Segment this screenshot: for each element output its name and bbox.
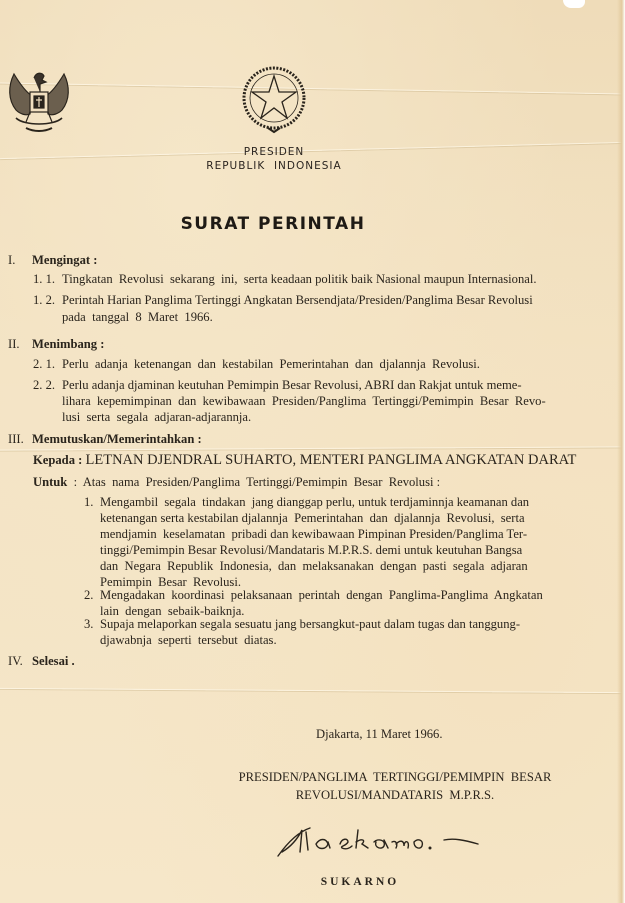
section-number: III. — [8, 431, 24, 448]
order-text: dan Negara Republik Indonesia, dan melak… — [100, 558, 528, 575]
place-date: Djakarta, 11 Maret 1966. — [316, 726, 442, 743]
item-text: lihara kepemimpinan dan kewibawaan Presi… — [62, 393, 546, 410]
item-text: lusi serta segala adjaran-adjarannja. — [62, 409, 251, 426]
section-label: Menimbang : — [32, 336, 104, 353]
untuk-label: Untuk — [33, 475, 67, 489]
section-number: II. — [8, 336, 20, 353]
paper-edge — [617, 0, 625, 903]
untuk-value: : Atas nama Presiden/Panglima Tertinggi/… — [74, 475, 441, 489]
item-text: pada tanggal 8 Maret 1966. — [62, 309, 213, 326]
signer-name: SUKARNO — [300, 876, 420, 888]
item-text: Perlu adanja djaminan keutuhan Pemimpin … — [62, 377, 522, 394]
signer-title-line-1: PRESIDEN/PANGLIMA TERTINGGI/PEMIMPIN BES… — [200, 769, 590, 786]
order-text: Mengambil segala tindakan jang dianggap … — [100, 494, 529, 511]
section-number: I. — [8, 252, 15, 269]
document-page: PRESIDEN REPUBLIK INDONESIA SURAT PERINT… — [0, 0, 625, 903]
order-text: tinggi/Pemimpin Besar Revolusi/Mandatari… — [100, 542, 522, 559]
section-label: Memutuskan/Memerintahkan : — [32, 431, 202, 448]
presidential-star-seal-icon — [240, 64, 308, 136]
letterhead: PRESIDEN REPUBLIK INDONESIA — [200, 145, 348, 173]
order-text: mendjamin keselamatan pribadi dan kewiba… — [100, 526, 527, 543]
item-text: Perlu adanja ketenangan dan kestabilan P… — [62, 356, 480, 373]
section-number: IV. — [8, 653, 23, 670]
letterhead-line-2: REPUBLIK INDONESIA — [200, 159, 348, 173]
item-text: Perintah Harian Panglima Tertinggi Angka… — [62, 292, 533, 309]
section-label: Mengingat : — [32, 252, 97, 269]
order-number: 1. — [84, 494, 93, 511]
kepada-value: LETNAN DJENDRAL SUHARTO, MENTERI PANGLIM… — [86, 452, 577, 468]
handwritten-signature-icon — [268, 822, 528, 862]
untuk-line: Untuk : Atas nama Presiden/Panglima Tert… — [33, 474, 440, 491]
order-text: Mengadakan koordinasi pelaksanaan perint… — [100, 587, 543, 604]
item-text: Tingkatan Revolusi sekarang ini, serta k… — [62, 271, 537, 288]
letterhead-line-1: PRESIDEN — [200, 145, 348, 159]
kepada-label: Kepada : — [33, 453, 82, 467]
order-text: djawabnja seperti tersebut diatas. — [100, 632, 277, 649]
order-number: 3. — [84, 616, 93, 633]
document-title: SURAT PERINTAH — [0, 214, 546, 234]
kepada-line: Kepada : LETNAN DJENDRAL SUHARTO, MENTER… — [33, 452, 576, 469]
paper-tear — [563, 0, 585, 8]
order-number: 2. — [84, 587, 93, 604]
paper-crease — [0, 83, 625, 95]
signer-title-line-2: REVOLUSI/MANDATARIS M.P.R.S. — [200, 787, 590, 804]
paper-crease — [0, 688, 625, 693]
order-text: ketenangan serta kestabilan djalannja Pe… — [100, 510, 525, 527]
garuda-pancasila-icon — [6, 66, 72, 136]
item-number: 1. 2. — [33, 292, 55, 309]
item-number: 2. 2. — [33, 377, 55, 394]
item-number: 2. 1. — [33, 356, 55, 373]
item-number: 1. 1. — [33, 271, 55, 288]
order-text: Supaja melaporkan segala sesuatu jang be… — [100, 616, 520, 633]
section-label: Selesai . — [32, 653, 75, 670]
